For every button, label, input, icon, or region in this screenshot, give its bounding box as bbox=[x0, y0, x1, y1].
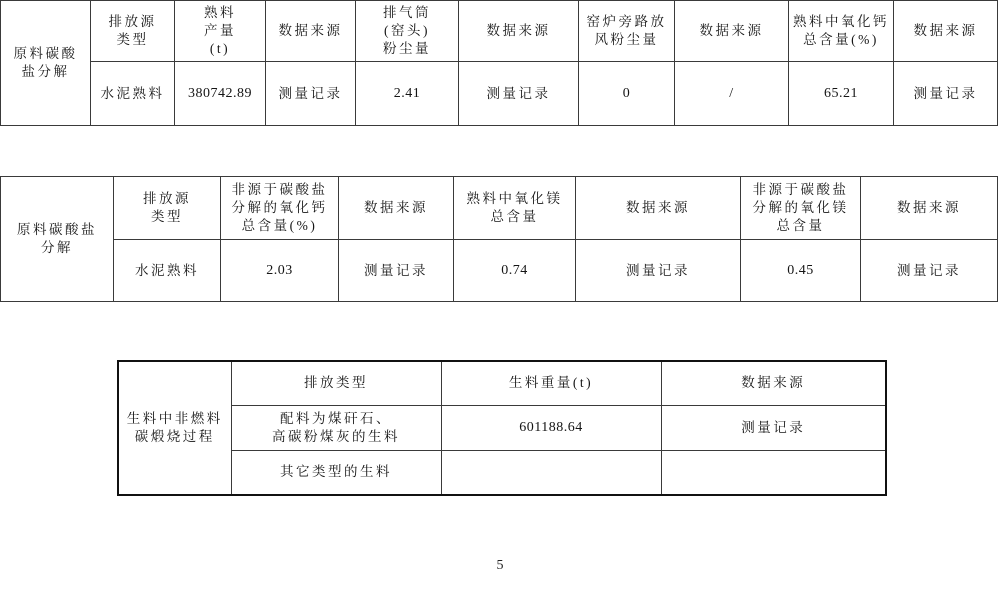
t3-row2-data-source bbox=[661, 450, 886, 495]
t1-value-data-source-2: 测量记录 bbox=[459, 62, 579, 126]
t1-value-stack-dust: 2.41 bbox=[356, 62, 459, 126]
table-carbonate-decomposition-2: 原料碳酸盐 分解 排放源 类型 非源于碳酸盐 分解的氧化钙 总含量(%) 数据来… bbox=[0, 176, 998, 302]
t1-header-source-type: 排放源 类型 bbox=[91, 1, 175, 62]
t3-row1-raw-meal-weight: 601188.64 bbox=[441, 405, 661, 450]
t1-value-data-source-4: 测量记录 bbox=[894, 62, 998, 126]
t3-header-data-source: 数据来源 bbox=[661, 361, 886, 405]
table-carbonate-decomposition-1: 原料碳酸 盐分解 排放源 类型 熟料 产量 (t) 数据来源 排气筒 (窑头) … bbox=[0, 0, 998, 126]
t2-value-non-carbonate-mgo: 0.45 bbox=[741, 240, 861, 302]
t3-row1-data-source: 测量记录 bbox=[661, 405, 886, 450]
t1-header-clinker-output: 熟料 产量 (t) bbox=[175, 1, 266, 62]
t3-header-emission-type: 排放类型 bbox=[231, 361, 441, 405]
t2-group-label-cell: 原料碳酸盐 分解 bbox=[1, 177, 114, 302]
t2-header-non-carbonate-cao: 非源于碳酸盐 分解的氧化钙 总含量(%) bbox=[221, 177, 339, 240]
t1-header-data-source-2: 数据来源 bbox=[459, 1, 579, 62]
t2-value-source-type: 水泥熟料 bbox=[114, 240, 221, 302]
t1-value-data-source-1: 测量记录 bbox=[266, 62, 356, 126]
t3-row1-emission-type: 配料为煤矸石、 高碳粉煤灰的生料 bbox=[231, 405, 441, 450]
t1-value-bypass-dust: 0 bbox=[579, 62, 675, 126]
t2-header-non-carbonate-mgo: 非源于碳酸盐 分解的氧化镁 总含量 bbox=[741, 177, 861, 240]
t2-header-source-type: 排放源 类型 bbox=[114, 177, 221, 240]
t1-value-source-type: 水泥熟料 bbox=[91, 62, 175, 126]
t1-header-data-source-4: 数据来源 bbox=[894, 1, 998, 62]
t2-header-mgo-total: 熟料中氧化镁 总含量 bbox=[454, 177, 576, 240]
t1-value-clinker-output: 380742.89 bbox=[175, 62, 266, 126]
t2-header-data-source-1: 数据来源 bbox=[339, 177, 454, 240]
t2-value-data-source-1: 测量记录 bbox=[339, 240, 454, 302]
t3-header-raw-meal-weight: 生料重量(t) bbox=[441, 361, 661, 405]
t1-header-bypass-dust: 窑炉旁路放 风粉尘量 bbox=[579, 1, 675, 62]
t3-row2-emission-type: 其它类型的生料 bbox=[231, 450, 441, 495]
t2-value-non-carbonate-cao: 2.03 bbox=[221, 240, 339, 302]
t1-value-data-source-3: / bbox=[675, 62, 789, 126]
t2-value-data-source-3: 测量记录 bbox=[861, 240, 998, 302]
table-raw-meal-calcination: 生料中非燃料 碳煅烧过程 排放类型 生料重量(t) 数据来源 配料为煤矸石、 高… bbox=[117, 360, 887, 496]
t3-group-label-cell: 生料中非燃料 碳煅烧过程 bbox=[118, 361, 231, 495]
t1-header-cao-total: 熟料中氧化钙 总含量(%) bbox=[789, 1, 894, 62]
t1-group-label-cell: 原料碳酸 盐分解 bbox=[1, 1, 91, 126]
t1-header-data-source-1: 数据来源 bbox=[266, 1, 356, 62]
t2-value-mgo-total: 0.74 bbox=[454, 240, 576, 302]
t1-value-cao-total: 65.21 bbox=[789, 62, 894, 126]
t1-header-data-source-3: 数据来源 bbox=[675, 1, 789, 62]
t2-value-data-source-2: 测量记录 bbox=[576, 240, 741, 302]
t3-row2-raw-meal-weight bbox=[441, 450, 661, 495]
t2-header-data-source-2: 数据来源 bbox=[576, 177, 741, 240]
t2-header-data-source-3: 数据来源 bbox=[861, 177, 998, 240]
t1-header-stack-dust: 排气筒 (窑头) 粉尘量 bbox=[356, 1, 459, 62]
document-page: 原料碳酸 盐分解 排放源 类型 熟料 产量 (t) 数据来源 排气筒 (窑头) … bbox=[0, 0, 1000, 596]
page-number: 5 bbox=[0, 558, 1000, 574]
